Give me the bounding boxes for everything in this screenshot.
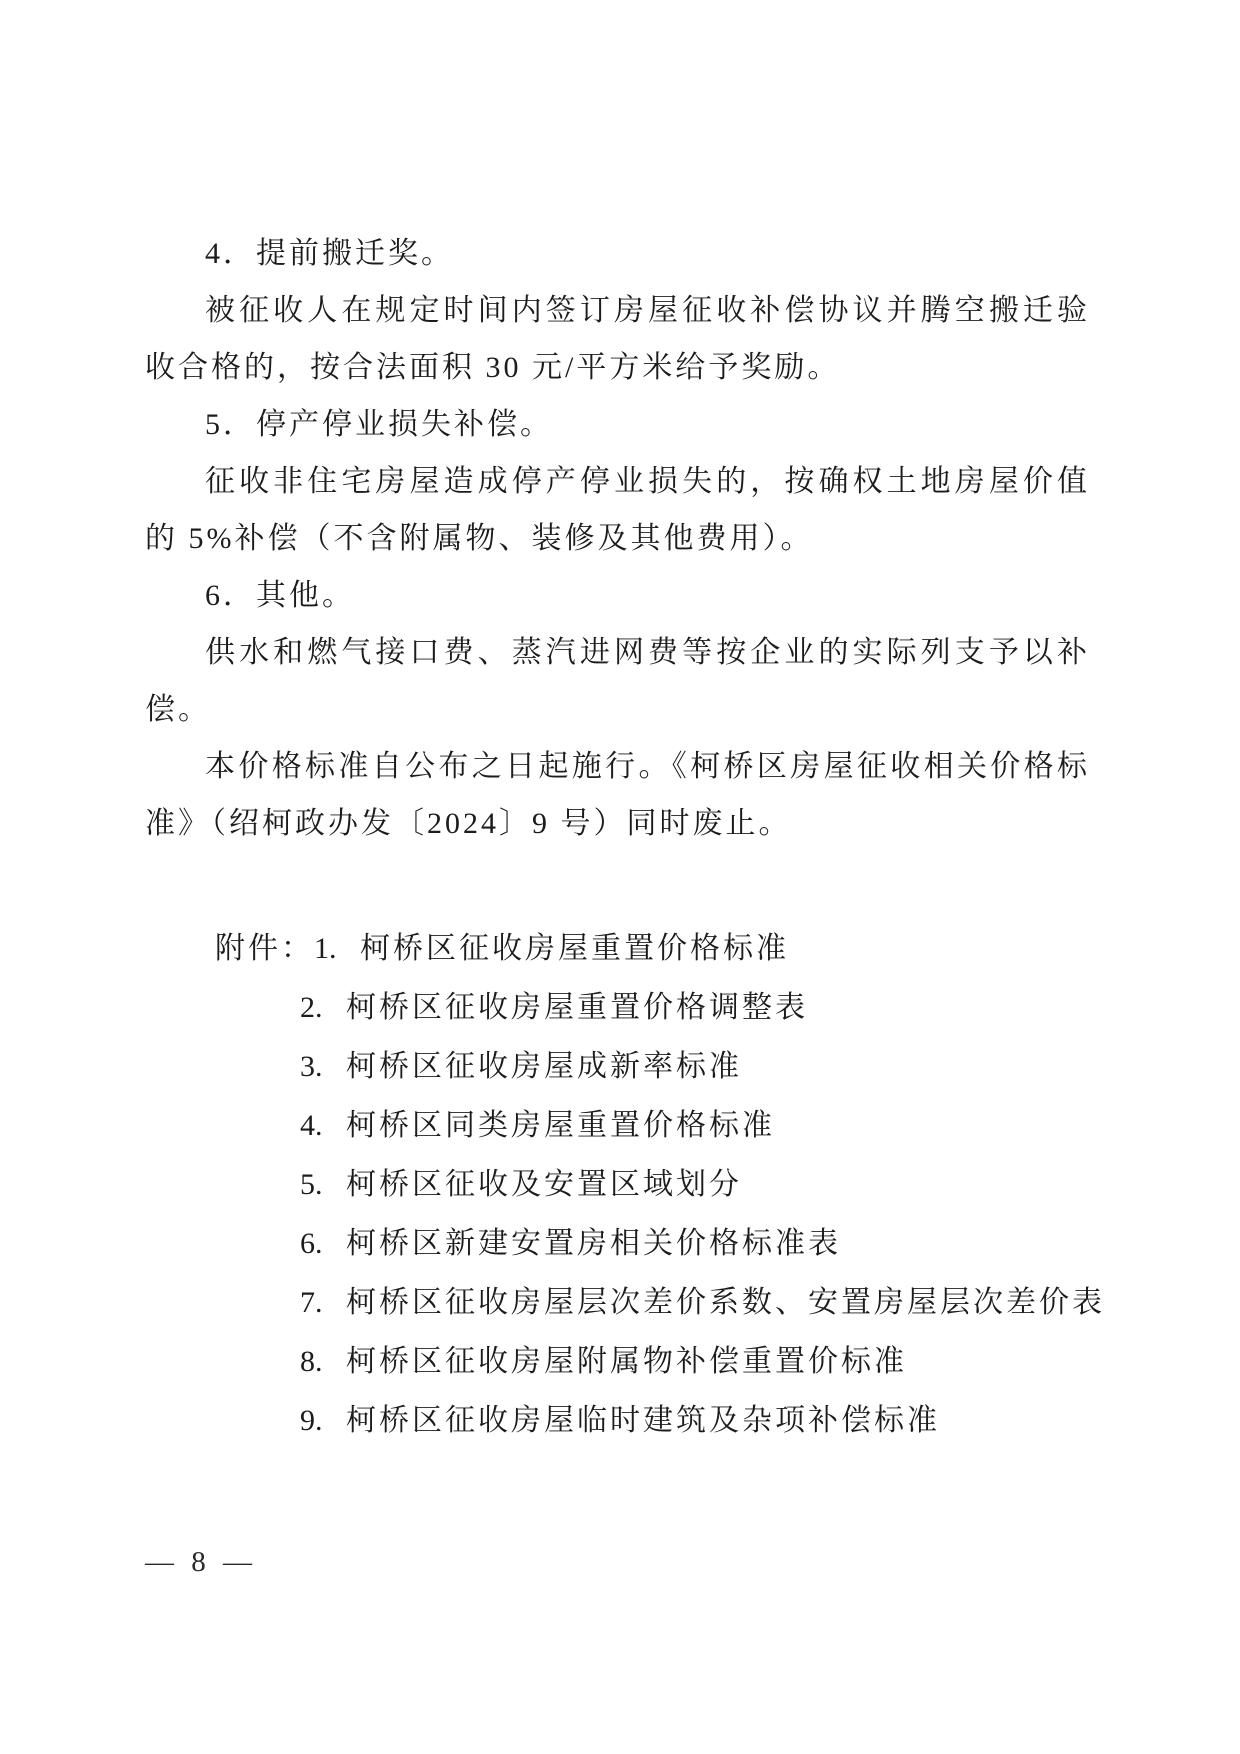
attachment-title: 柯桥区征收房屋层次差价系数、安置房屋层次差价表 xyxy=(346,1286,1105,1319)
attachment-number: 3. xyxy=(300,1037,336,1096)
page-number: — 8 — xyxy=(145,1546,257,1579)
attachment-title: 柯桥区征收房屋临时建筑及杂项补偿标准 xyxy=(346,1404,940,1437)
numbered-heading-6: 6．其他。 xyxy=(145,567,1090,624)
attachments-list: 附件：1.柯桥区征收房屋重置价格标准 2.柯桥区征收房屋重置价格调整表 3.柯桥… xyxy=(145,919,1090,1450)
attachment-number: 4. xyxy=(300,1096,336,1155)
attachment-number: 7. xyxy=(300,1273,336,1332)
document-page: 4．提前搬迁奖。 被征收人在规定时间内签订房屋征收补偿协议并腾空搬迁验收合格的，… xyxy=(0,0,1240,1754)
numbered-heading-5: 5．停产停业损失补偿。 xyxy=(145,396,1090,453)
attachment-number: 5. xyxy=(300,1155,336,1214)
attachments-label: 附件： xyxy=(215,919,314,978)
attachment-item-5: 5.柯桥区征收及安置区域划分 xyxy=(145,1155,1090,1214)
attachment-item-7: 7.柯桥区征收房屋层次差价系数、安置房屋层次差价表 xyxy=(145,1273,1090,1332)
paragraph-effective-date: 本价格标准自公布之日起施行。《柯桥区房屋征收相关价格标准》（绍柯政办发〔2024… xyxy=(145,738,1090,852)
attachment-number: 1. xyxy=(314,919,350,978)
attachment-number: 9. xyxy=(300,1391,336,1450)
attachment-title: 柯桥区征收房屋重置价格标准 xyxy=(360,932,789,965)
paragraph-other-fees: 供水和燃气接口费、蒸汽进网费等按企业的实际列支予以补偿。 xyxy=(145,624,1090,738)
attachment-item-4: 4.柯桥区同类房屋重置价格标准 xyxy=(145,1096,1090,1155)
paragraph-business-loss: 征收非住宅房屋造成停产停业损失的，按确权土地房屋价值的 5%补偿（不含附属物、装… xyxy=(145,453,1090,567)
attachment-title: 柯桥区新建安置房相关价格标准表 xyxy=(346,1227,841,1260)
attachment-item-1: 附件：1.柯桥区征收房屋重置价格标准 xyxy=(145,919,1090,978)
paragraph-relocation-reward: 被征收人在规定时间内签订房屋征收补偿协议并腾空搬迁验收合格的，按合法面积 30 … xyxy=(145,282,1090,396)
attachment-item-3: 3.柯桥区征收房屋成新率标准 xyxy=(145,1037,1090,1096)
attachment-number: 6. xyxy=(300,1214,336,1273)
attachment-title: 柯桥区征收房屋附属物补偿重置价标准 xyxy=(346,1345,907,1378)
attachment-item-6: 6.柯桥区新建安置房相关价格标准表 xyxy=(145,1214,1090,1273)
attachment-number: 8. xyxy=(300,1332,336,1391)
document-body: 4．提前搬迁奖。 被征收人在规定时间内签订房屋征收补偿协议并腾空搬迁验收合格的，… xyxy=(145,225,1090,1450)
attachment-title: 柯桥区征收房屋成新率标准 xyxy=(346,1050,742,1083)
attachment-title: 柯桥区同类房屋重置价格标准 xyxy=(346,1109,775,1142)
attachment-number: 2. xyxy=(300,978,336,1037)
numbered-heading-4: 4．提前搬迁奖。 xyxy=(145,225,1090,282)
attachment-title: 柯桥区征收及安置区域划分 xyxy=(346,1168,742,1201)
attachment-item-2: 2.柯桥区征收房屋重置价格调整表 xyxy=(145,978,1090,1037)
attachment-item-9: 9.柯桥区征收房屋临时建筑及杂项补偿标准 xyxy=(145,1391,1090,1450)
attachment-title: 柯桥区征收房屋重置价格调整表 xyxy=(346,991,808,1024)
attachment-item-8: 8.柯桥区征收房屋附属物补偿重置价标准 xyxy=(145,1332,1090,1391)
